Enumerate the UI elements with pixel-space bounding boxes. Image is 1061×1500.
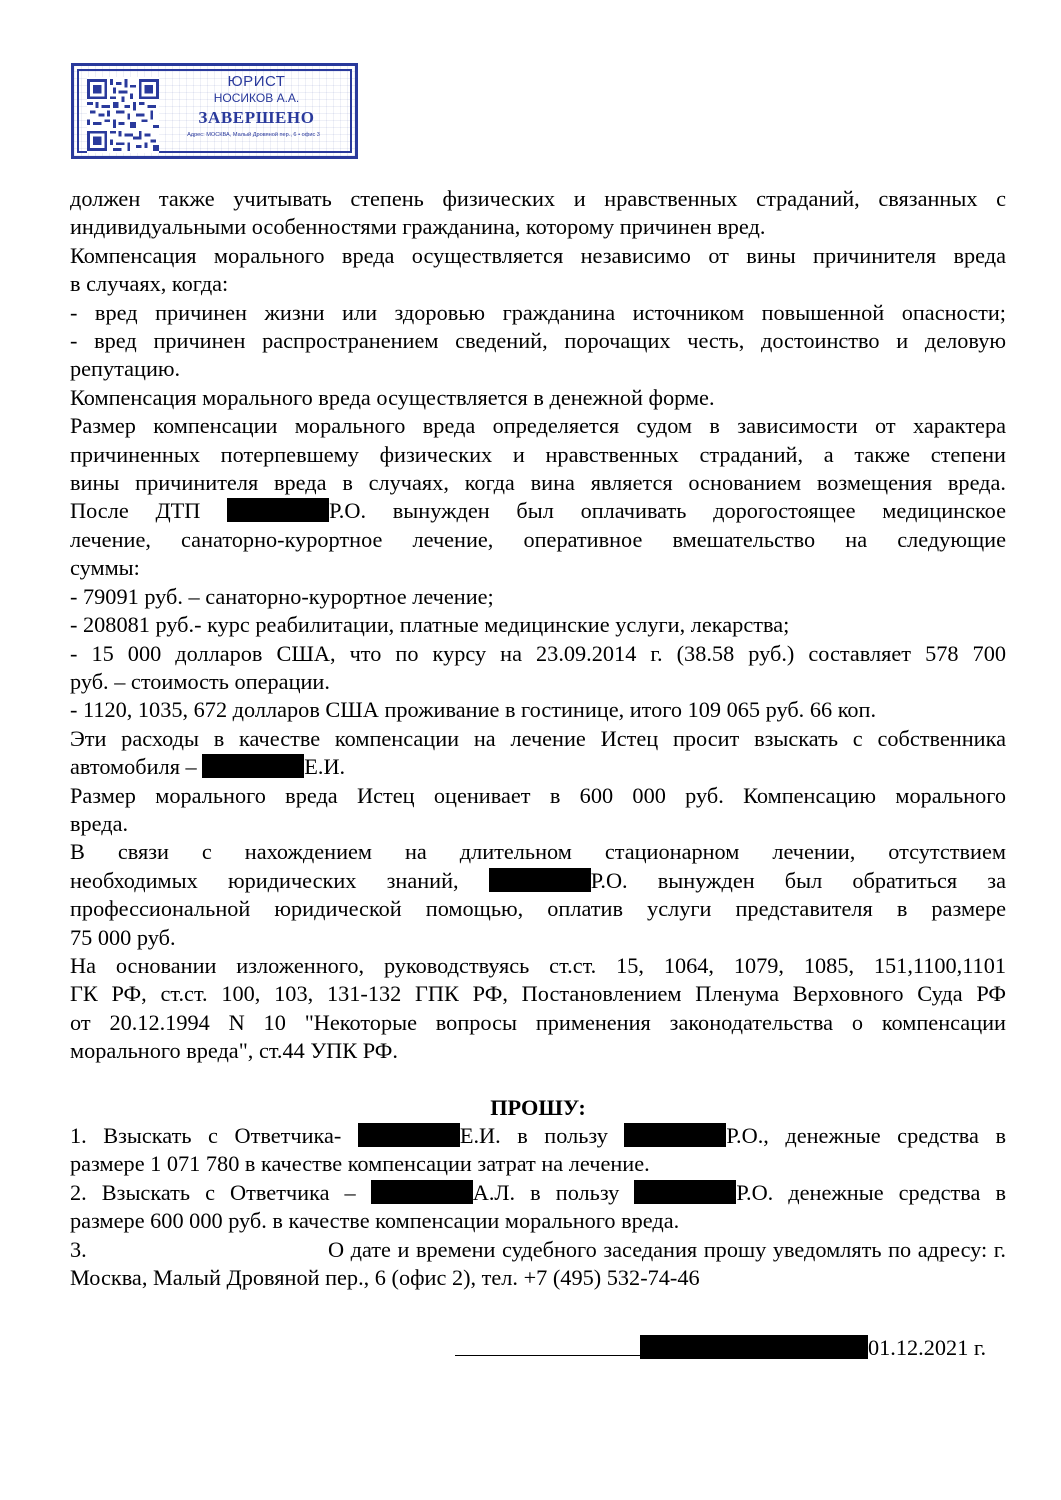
text-line: автомобиля – Е.И.	[70, 753, 1006, 781]
text-line: вины причинителя вреда в случаях, когда …	[70, 469, 1006, 497]
text-line: - вред причинен жизни или здоровью гражд…	[70, 299, 1006, 327]
text-segment: Р.О. денежные средства в	[736, 1180, 1006, 1205]
lawyer-stamp: ЮРИСТ НОСИКОВ А.А. ЗАВЕРШЕНО Адрес: МОСК…	[71, 63, 358, 159]
text-line: Компенсация морального вреда осуществляе…	[70, 384, 1006, 412]
text-line: морального вреда", ст.44 УПК РФ.	[70, 1037, 1006, 1065]
request-item-3: 3. О дате и времени судебного заседания …	[70, 1236, 1006, 1264]
stamp-inner-border: ЮРИСТ НОСИКОВ А.А. ЗАВЕРШЕНО Адрес: МОСК…	[77, 69, 352, 153]
request-heading: ПРОШУ:	[70, 1094, 1006, 1122]
text-line: размере 600 000 руб. в качестве компенса…	[70, 1207, 1006, 1235]
text-segment: 3.	[70, 1236, 87, 1264]
stamp-status: ЗАВЕРШЕНО	[167, 106, 346, 130]
text-line: 75 000 руб.	[70, 924, 1006, 952]
text-line: После ДТП Р.О. вынужден был оплачивать д…	[70, 497, 1006, 525]
text-segment: 2. Взыскать с Ответчика –	[70, 1180, 356, 1205]
text-segment: Р.О., денежные средства в	[726, 1123, 1006, 1148]
signature-row: 01.12.2021 г.	[455, 1334, 986, 1362]
text-segment: А.Л. в пользу	[473, 1180, 620, 1205]
text-line: размере 1 071 780 в качестве компенсации…	[70, 1150, 1006, 1178]
text-line: необходимых юридических знаний, Р.О. вын…	[70, 867, 1006, 895]
redacted-name	[358, 1123, 460, 1147]
document-body: должен также учитывать степень физически…	[70, 185, 1006, 1292]
text-line: В связи с нахождением на длительном стац…	[70, 838, 1006, 866]
text-segment: Р.О. вынужден был оплачивать дорогостоящ…	[329, 498, 1006, 523]
text-segment: Р.О. вынужден был обратиться за	[591, 868, 1006, 893]
text-line: суммы:	[70, 554, 1006, 582]
request-item-1: 1. Взыскать с Ответчика- Е.И. в пользу Р…	[70, 1122, 1006, 1150]
redacted-name	[371, 1180, 473, 1204]
text-line: в случаях, когда:	[70, 270, 1006, 298]
text-line: На основании изложенного, руководствуясь…	[70, 952, 1006, 980]
redacted-name	[227, 498, 329, 522]
text-line: лечение, санаторно-курортное лечение, оп…	[70, 526, 1006, 554]
stamp-address: Адрес: МОСКВА, Малый Дровяной пер., 6 • …	[161, 130, 346, 140]
text-line: руб. – стоимость операции.	[70, 668, 1006, 696]
signature-line	[455, 1334, 640, 1356]
text-line: Компенсация морального вреда осуществляе…	[70, 242, 1006, 270]
text-segment: После ДТП	[70, 498, 200, 523]
document-page: ЮРИСТ НОСИКОВ А.А. ЗАВЕРШЕНО Адрес: МОСК…	[0, 0, 1061, 1500]
redacted-name	[624, 1123, 726, 1147]
text-segment: О дате и времени судебного заседания про…	[328, 1236, 1006, 1264]
redacted-name	[202, 754, 304, 778]
text-segment: Е.И. в пользу	[460, 1123, 608, 1148]
text-line: вреда.	[70, 810, 1006, 838]
text-line: Размер морального вреда Истец оценивает …	[70, 782, 1006, 810]
stamp-role: ЮРИСТ	[167, 73, 346, 91]
expense-item: - 79091 руб. – санаторно-курортное лечен…	[70, 583, 1006, 611]
text-line: Эти расходы в качестве компенсации на ле…	[70, 725, 1006, 753]
text-line: от 20.12.1994 N 10 "Некоторые вопросы пр…	[70, 1009, 1006, 1037]
expense-item: - 208081 руб.- курс реабилитации, платны…	[70, 611, 1006, 639]
text-line: должен также учитывать степень физически…	[70, 185, 1006, 213]
redacted-signature-name	[640, 1335, 868, 1359]
qr-code-icon	[87, 77, 159, 153]
text-line: профессиональной юридической помощью, оп…	[70, 895, 1006, 923]
text-line: Москва, Малый Дровяной пер., 6 (офис 2),…	[70, 1264, 1006, 1292]
text-segment: необходимых юридических знаний,	[70, 868, 459, 893]
stamp-lawyer-name: НОСИКОВ А.А.	[167, 91, 346, 106]
text-segment: Е.И.	[304, 754, 345, 779]
text-segment: автомобиля –	[70, 754, 197, 779]
signature-date: 01.12.2021 г.	[868, 1335, 986, 1360]
redacted-name	[489, 868, 591, 892]
expense-item: - 15 000 долларов США, что по курсу на 2…	[70, 640, 1006, 668]
text-line: Размер компенсации морального вреда опре…	[70, 412, 1006, 440]
stamp-text-block: ЮРИСТ НОСИКОВ А.А. ЗАВЕРШЕНО Адрес: МОСК…	[167, 73, 346, 140]
expense-item: - 1120, 1035, 672 долларов США проживани…	[70, 696, 1006, 724]
redacted-name	[634, 1180, 736, 1204]
text-line: репутацию.	[70, 355, 1006, 383]
text-line: причиненных потерпевшему физических и нр…	[70, 441, 1006, 469]
text-line: ГК РФ, ст.ст. 100, 103, 131-132 ГПК РФ, …	[70, 980, 1006, 1008]
request-item-2: 2. Взыскать с Ответчика – А.Л. в пользу …	[70, 1179, 1006, 1207]
text-segment: 1. Взыскать с Ответчика-	[70, 1123, 341, 1148]
text-line: индивидуальными особенностями гражданина…	[70, 213, 1006, 241]
text-line: - вред причинен распространением сведени…	[70, 327, 1006, 355]
